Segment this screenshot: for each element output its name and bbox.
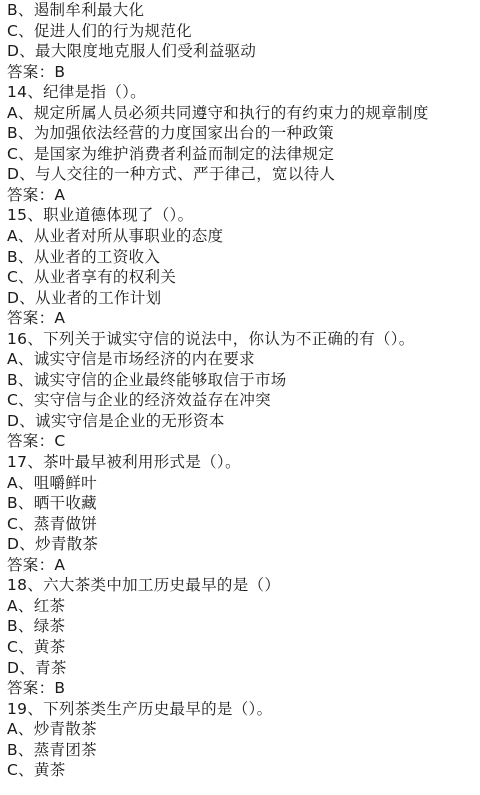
question-line: 16、下列关于诚实守信的说法中，你认为不正确的有（）。 bbox=[7, 329, 480, 350]
option-line: D、与人交往的一种方式、严于律己，宽以待人 bbox=[7, 164, 480, 185]
option-line: D、炒青散茶 bbox=[7, 534, 480, 555]
option-line: C、促进人们的行为规范化 bbox=[7, 21, 480, 42]
option-line: C、从业者享有的权利关 bbox=[7, 267, 480, 288]
option-line: B、遏制牟利最大化 bbox=[7, 0, 480, 21]
option-line: C、实守信与企业的经济效益存在冲突 bbox=[7, 390, 480, 411]
option-line: A、诚实守信是市场经济的内在要求 bbox=[7, 349, 480, 370]
answer-line: 答案：C bbox=[7, 431, 480, 452]
option-line: A、从业者对所从事职业的态度 bbox=[7, 226, 480, 247]
question-line: 14、纪律是指（）。 bbox=[7, 82, 480, 103]
option-line: A、红茶 bbox=[7, 596, 480, 617]
option-line: C、是国家为维护消费者利益而制定的法律规定 bbox=[7, 144, 480, 165]
option-line: D、诚实守信是企业的无形资本 bbox=[7, 411, 480, 432]
answer-line: 答案：A bbox=[7, 308, 480, 329]
option-line: B、诚实守信的企业最终能够取信于市场 bbox=[7, 370, 480, 391]
document-body: B、遏制牟利最大化 C、促进人们的行为规范化 D、最大限度地克服人们受利益驱动 … bbox=[7, 0, 480, 781]
option-line: B、绿茶 bbox=[7, 616, 480, 637]
option-line: A、规定所属人员必须共同遵守和执行的有约束力的规章制度 bbox=[7, 103, 480, 124]
answer-line: 答案：B bbox=[7, 62, 480, 83]
answer-line: 答案：B bbox=[7, 678, 480, 699]
answer-line: 答案：A bbox=[7, 185, 480, 206]
answer-line: 答案：A bbox=[7, 555, 480, 576]
option-line: A、咀嚼鲜叶 bbox=[7, 473, 480, 494]
option-line: C、黄茶 bbox=[7, 760, 480, 781]
option-line: C、蒸青做饼 bbox=[7, 514, 480, 535]
question-line: 18、六大茶类中加工历史最早的是（） bbox=[7, 575, 480, 596]
option-line: D、从业者的工作计划 bbox=[7, 288, 480, 309]
question-line: 15、职业道德体现了（）。 bbox=[7, 205, 480, 226]
option-line: B、为加强依法经营的力度国家出台的一种政策 bbox=[7, 123, 480, 144]
option-line: D、最大限度地克服人们受利益驱动 bbox=[7, 41, 480, 62]
option-line: A、炒青散茶 bbox=[7, 719, 480, 740]
option-line: B、蒸青团茶 bbox=[7, 740, 480, 761]
option-line: B、从业者的工资收入 bbox=[7, 247, 480, 268]
question-line: 17、茶叶最早被利用形式是（）。 bbox=[7, 452, 480, 473]
question-line: 19、下列茶类生产历史最早的是（）。 bbox=[7, 699, 480, 720]
option-line: D、青茶 bbox=[7, 658, 480, 679]
option-line: C、黄茶 bbox=[7, 637, 480, 658]
option-line: B、晒干收藏 bbox=[7, 493, 480, 514]
